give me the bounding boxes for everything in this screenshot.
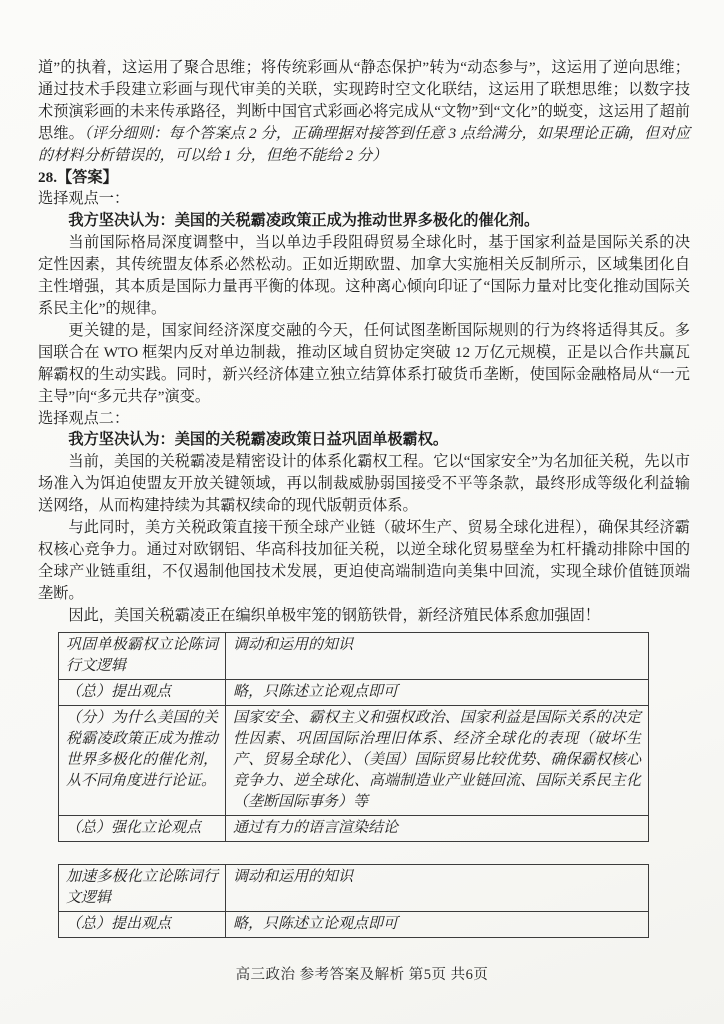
scoring-note: （评分细则：每个答案点 2 分，正确理据对接答到任意 3 点给满分，如果理论正确… — [38, 125, 690, 164]
answer-table-accelerate-multipolarity: 加速多极化立论陈词行文逻辑 调动和运用的知识 （总）提出观点 略，只陈述立论观点… — [58, 864, 649, 938]
question-28-heading: 28.【答案】 — [38, 167, 690, 189]
table1-row1-detail: 略，只陈述立论观点即可 — [226, 679, 649, 705]
view1-label: 选择观点一： — [38, 188, 690, 210]
table-row: 加速多极化立论陈词行文逻辑 调动和运用的知识 — [59, 864, 649, 911]
table-row: （总）提出观点 略，只陈述立论观点即可 — [59, 679, 649, 705]
page-content: 道”的执着，这运用了聚合思维；将传统彩画从“静态保护”转为“动态参与”，这运用了… — [38, 57, 690, 938]
table1-header-knowledge: 调动和运用的知识 — [226, 632, 649, 679]
table2-row1-detail: 略，只陈述立论观点即可 — [226, 911, 649, 937]
view2-paragraph-2: 与此同时，美方关税政策直接干预全球产业链（破坏生产、贸易全球化进程），确保其经济… — [38, 517, 690, 605]
answer-table-consolidate-hegemony: 巩固单极霸权立论陈词行文逻辑 调动和运用的知识 （总）提出观点 略，只陈述立论观… — [58, 632, 649, 842]
table2-header-logic: 加速多极化立论陈词行文逻辑 — [59, 864, 226, 911]
table-row: （分）为什么美国的关税霸凌政策正成为推动世界多极化的催化剂，从不同角度进行论证。… — [59, 705, 649, 815]
table1-row2-detail: 国家安全、霸权主义和强权政治、国家利益是国际关系的决定性因素、巩固国际治理旧体系… — [226, 705, 649, 815]
table1-header-logic: 巩固单极霸权立论陈词行文逻辑 — [59, 632, 226, 679]
view2-label: 选择观点二： — [38, 408, 690, 430]
view2-paragraph-1: 当前，美国的关税霸凌是精密设计的体系化霸权工程。它以“国家安全”为名加征关税，先… — [38, 451, 690, 517]
table2-header-knowledge: 调动和运用的知识 — [226, 864, 649, 911]
paragraph-continuation: 道”的执着，这运用了聚合思维；将传统彩画从“静态保护”转为“动态参与”，这运用了… — [38, 57, 690, 167]
table1-row1-step: （总）提出观点 — [59, 679, 226, 705]
view1-paragraph-1: 当前国际格局深度调整中，当以单边手段阻碍贸易全球化时，基于国家利益是国际关系的决… — [38, 232, 690, 320]
table1-row3-detail: 通过有力的语言渲染结论 — [226, 815, 649, 841]
view2-claim: 我方坚决认为：美国的关税霸凌政策日益巩固单极霸权。 — [38, 429, 690, 451]
page-footer: 高三政治 参考答案及解析 第5页 共6页 — [0, 963, 724, 984]
table1-row2-step: （分）为什么美国的关税霸凌政策正成为推动世界多极化的催化剂，从不同角度进行论证。 — [59, 705, 226, 815]
view1-paragraph-2: 更关键的是，国家间经济深度交融的今天，任何试图垄断国际规则的行为终将适得其反。多… — [38, 320, 690, 408]
view1-claim: 我方坚决认为：美国的关税霸凌政策正成为推动世界多极化的催化剂。 — [38, 210, 690, 232]
table-row: （总）提出观点 略，只陈述立论观点即可 — [59, 911, 649, 937]
table1-row3-step: （总）强化立论观点 — [59, 815, 226, 841]
table2-row1-step: （总）提出观点 — [59, 911, 226, 937]
table-row: （总）强化立论观点 通过有力的语言渲染结论 — [59, 815, 649, 841]
table-row: 巩固单极霸权立论陈词行文逻辑 调动和运用的知识 — [59, 632, 649, 679]
document-page: 道”的执着，这运用了聚合思维；将传统彩画从“静态保护”转为“动态参与”，这运用了… — [0, 0, 724, 1024]
view2-conclusion: 因此，美国关税霸凌正在编织单极牢笼的钢筋铁骨，新经济殖民体系愈加强固！ — [38, 605, 690, 627]
